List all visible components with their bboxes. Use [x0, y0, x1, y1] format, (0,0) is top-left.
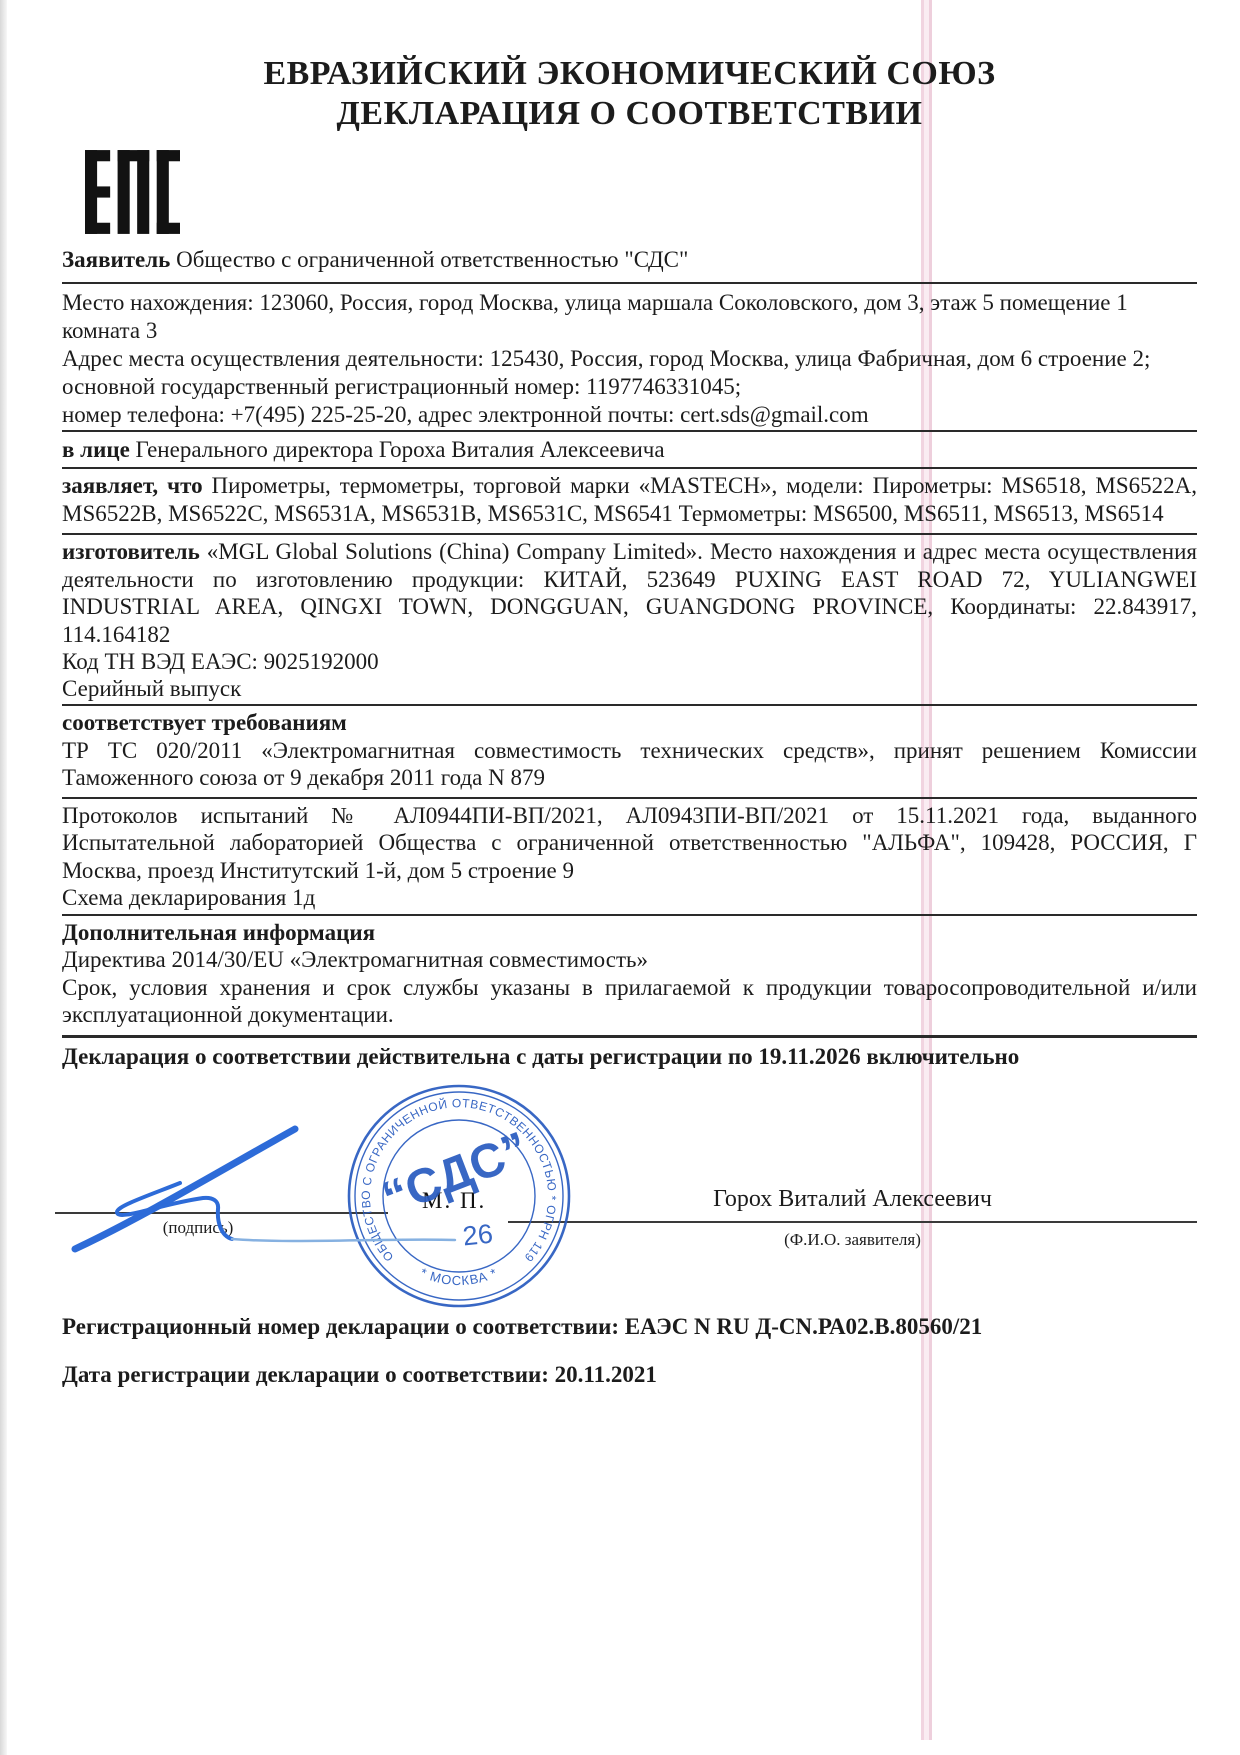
document-title: ЕВРАЗИЙСКИЙ ЭКОНОМИЧЕСКИЙ СОЮЗ ДЕКЛАРАЦИ… [62, 54, 1197, 134]
eac-mark [85, 147, 1197, 237]
registration-number-line: Регистрационный номер декларации о соотв… [62, 1314, 1197, 1340]
handwritten-signature [55, 1110, 475, 1260]
scheme-line: Схема декларирования 1д [62, 884, 1197, 912]
declares-value: Пирометры, термометры, торговой марки «M… [62, 473, 1197, 526]
protocols-paragraph: Протоколов испытаний № АЛ0944ПИ-ВП/2021,… [62, 802, 1197, 885]
manufacturer-section: изготовитель «MGL Global Solutions (Chin… [62, 535, 1197, 706]
declares-label: заявляет, что [62, 473, 203, 498]
name-caption: (Ф.И.О. заявителя) [508, 1230, 1197, 1250]
compliance-section: соответствует требованиям ТР ТС 020/2011… [62, 706, 1197, 799]
eac-mark-icon [85, 147, 180, 237]
document-body: ЕВРАЗИЙСКИЙ ЭКОНОМИЧЕСКИЙ СОЮЗ ДЕКЛАРАЦИ… [62, 54, 1197, 1072]
declarant-row: Заявитель Общество с ограниченной ответс… [62, 237, 1197, 284]
additional-info-section: Дополнительная информация Директива 2014… [62, 916, 1197, 1038]
validity-section: Декларация о соответствии действительна … [62, 1038, 1197, 1072]
tnved-code-line: Код ТН ВЭД ЕАЭС: 9025192000 [62, 648, 1197, 675]
declarant-label: Заявитель [62, 247, 170, 272]
applicant-name: Горох Виталий Алексеевич [508, 1186, 1197, 1213]
title-declaration: ДЕКЛАРАЦИЯ О СООТВЕТСТВИИ [62, 94, 1197, 134]
evidence-section: Протоколов испытаний № АЛ0944ПИ-ВП/2021,… [62, 799, 1197, 916]
represented-by-value: Генерального директора Гороха Виталия Ал… [136, 437, 665, 462]
directive-line: Директива 2014/30/EU «Электромагнитная с… [62, 946, 1197, 974]
regulation-paragraph: ТР ТС 020/2011 «Электромагнитная совмест… [62, 737, 1197, 792]
declares-section: заявляет, что Пирометры, термометры, тор… [62, 469, 1197, 535]
contacts-line: номер телефона: +7(495) 225-25-20, адрес… [62, 401, 1197, 429]
page-root: { "page": { "header": { "line1": "ЕВРАЗИ… [0, 0, 1240, 1755]
represented-by-row: в лице Генерального директора Гороха Вит… [62, 432, 1197, 469]
manufacturer-value: «MGL Global Solutions (China) Company Li… [62, 539, 1197, 647]
stamp-bottom-text: * МОСКВА * [418, 1265, 500, 1288]
registration-date-line: Дата регистрации декларации о соответств… [62, 1362, 1197, 1388]
validity-line: Декларация о соответствии действительна … [62, 1042, 1197, 1072]
declares-paragraph: заявляет, что Пирометры, термометры, тор… [62, 472, 1197, 527]
manufacturer-paragraph: изготовитель «MGL Global Solutions (Chin… [62, 538, 1197, 648]
additional-info-header: Дополнительная информация [62, 919, 1197, 947]
represented-by-label: в лице [62, 437, 130, 462]
release-type-line: Серийный выпуск [62, 675, 1197, 702]
activity-address: Адрес места осуществления деятельности: … [62, 345, 1197, 401]
title-union: ЕВРАЗИЙСКИЙ ЭКОНОМИЧЕСКИЙ СОЮЗ [62, 54, 1197, 94]
manufacturer-label: изготовитель [62, 539, 200, 564]
location-section: Место нахождения: 123060, Россия, город … [62, 284, 1197, 432]
compliance-header: соответствует требованиям [62, 709, 1197, 737]
name-line [508, 1221, 1197, 1223]
storage-paragraph: Срок, условия хранения и срок службы ука… [62, 974, 1197, 1029]
location-address: Место нахождения: 123060, Россия, город … [62, 289, 1197, 345]
stamp-bottom-text-node: * МОСКВА * [418, 1265, 500, 1288]
scan-edge-left [0, 0, 7, 1755]
declarant-value: Общество с ограниченной ответственностью… [176, 247, 688, 272]
